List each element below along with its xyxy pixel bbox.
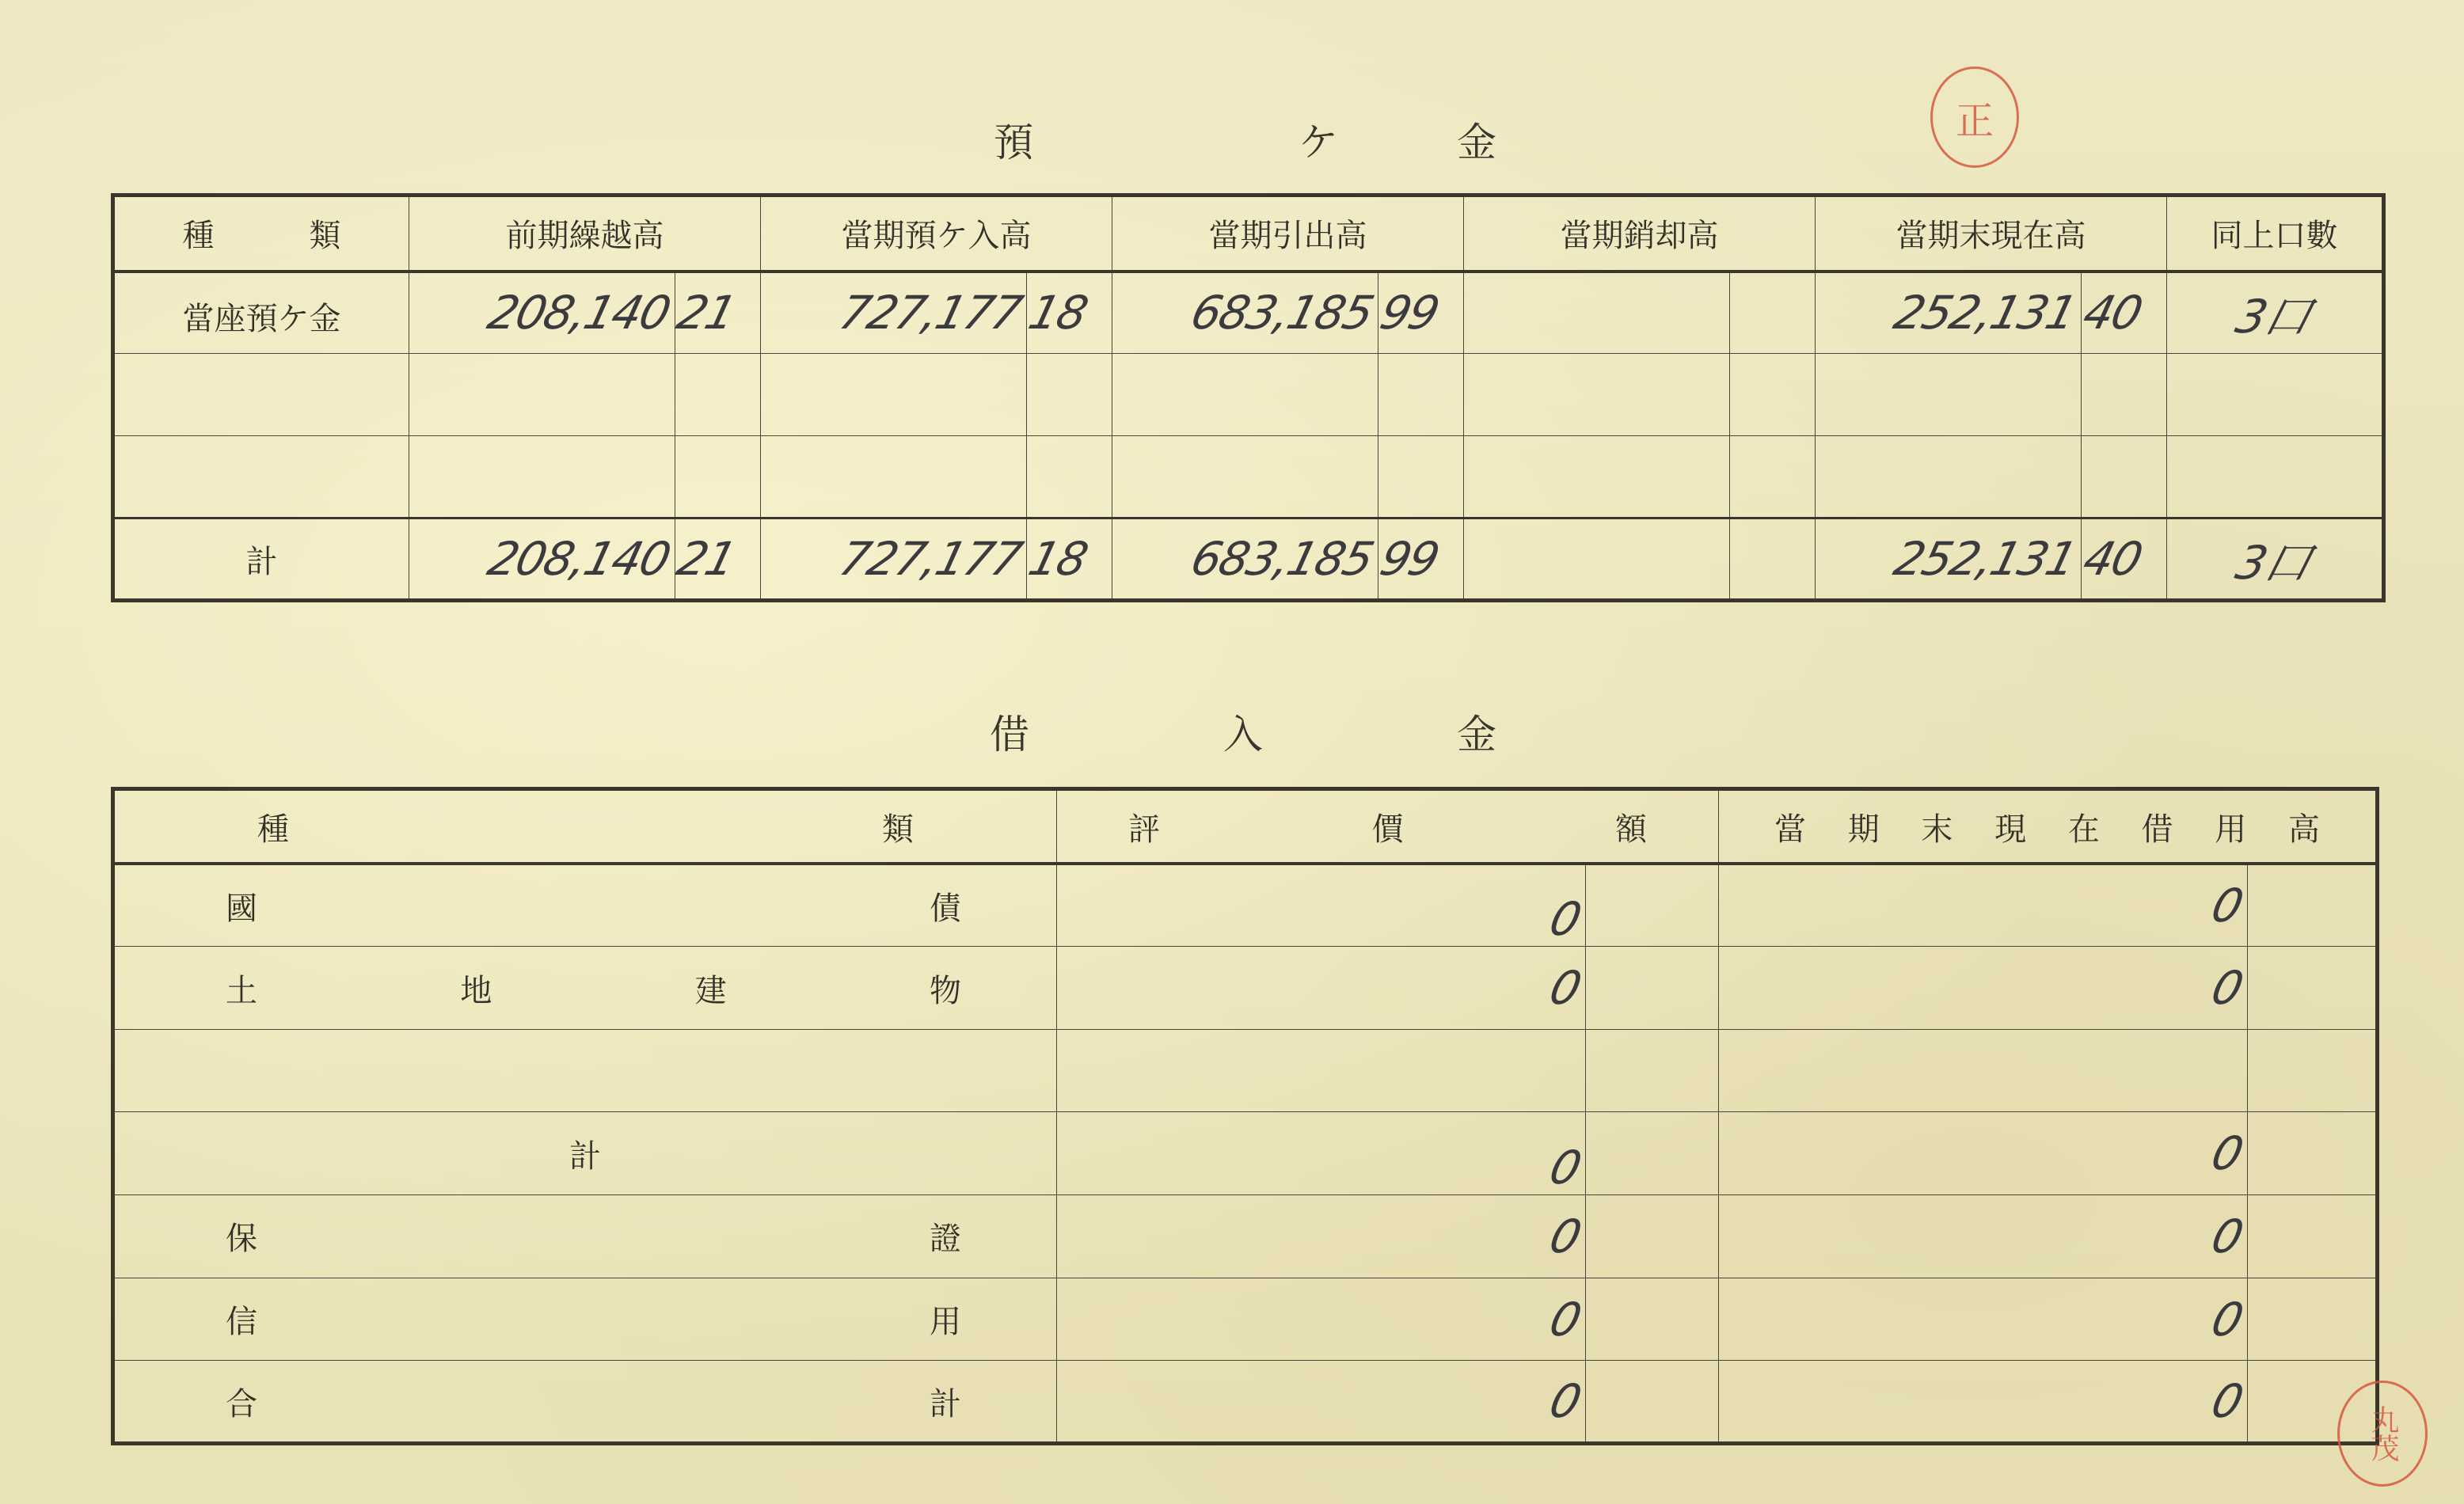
carried-forward-value: 208,140 [483,286,675,340]
table-row: 保 證 0 0 [113,1195,2378,1278]
label-char: 合 [226,1379,257,1424]
title-char: 金 [1457,703,1496,760]
table-row: 信 用 0 0 [113,1278,2378,1361]
table-row: 土 地 建 物 0 0 [113,947,2378,1030]
balance-value: 0 [2207,1293,2248,1346]
label-char: 土 [226,966,257,1011]
seal-stamp-top-right: 正 [1930,66,2019,168]
total-label: 計 [113,518,409,601]
deposits-total-row: 計 208,140 21 727,177 18 683,185 99 252,1… [113,518,2384,601]
header-written-off: 當期銷却高 [1464,196,1816,272]
title-char: 借 [990,703,1029,760]
deposits-header-row: 種 類 前期繰越高 當期預ケ入高 當期引出高 當期銷却高 當期末現在高 同上口數 [113,196,2384,272]
header-balance: 當期末現在高 [1816,196,2167,272]
header-withdrawn: 當期引出高 [1112,196,1464,272]
empty-cell [113,354,409,436]
header-char: 評 [1128,804,1160,849]
row-label-guarantee: 保 證 [113,1195,1057,1278]
withdrawn-value: 683,185 [1186,286,1378,340]
borrowings-table: 種 類 評 價 額 當 期 末 現 在 借 用 高 [111,787,2379,1445]
label-char: 地 [460,966,492,1011]
balance-value: 0 [2207,1210,2248,1263]
header-type: 種 類 [113,789,1057,864]
title-char: ケ [1299,111,1338,168]
seal-text: 正 [1956,90,1994,145]
header-char: 類 [882,804,914,849]
deposits-title: 預 ケ 金 [0,111,2464,158]
row-label-national-bonds: 國 債 [113,864,1057,947]
header-deposited: 當期預ケ入高 [761,196,1112,272]
valuation-value: 0 [1545,892,1586,946]
accounts-count: 3口 [2230,279,2319,346]
total-deposited: 727,177 [835,532,1027,586]
total-accounts: 3口 [2230,526,2319,592]
balance-sen: 40 [2078,286,2147,340]
carried-forward-sen: 21 [672,286,741,340]
table-row: 合 計 0 0 [113,1361,2378,1444]
row-label-subtotal: 計 [113,1112,1057,1195]
label-char: 證 [930,1213,961,1259]
label-char: 債 [930,883,961,929]
deposited-value: 727,177 [835,286,1027,340]
header-accounts: 同上口數 [2167,196,2384,272]
label-char: 物 [930,966,961,1011]
header-char: 借 [2142,804,2173,849]
balance-value: 252,131 [1889,286,2082,340]
valuation-value: 0 [1545,961,1586,1015]
valuation-value: 0 [1545,1374,1586,1428]
borrowings-header-row: 種 類 評 價 額 當 期 末 現 在 借 用 高 [113,789,2378,864]
label-char: 用 [930,1297,961,1342]
seal-text: 丸茂 [2368,1405,2397,1462]
label-char: 信 [226,1297,257,1342]
table-row: 當座預ケ金 208,140 21 727,177 18 683,185 99 2… [113,272,2384,354]
table-row [113,1029,2378,1112]
balance-value: 0 [2207,879,2248,932]
label-char: 計 [930,1379,961,1424]
header-char: 種 [257,804,289,849]
title-char: 入 [1223,703,1263,760]
header-char: 在 [2068,804,2100,849]
table-row [113,354,2384,436]
label-char: 建 [695,966,727,1011]
row-label-grand-total: 合 計 [113,1361,1057,1444]
total-deposited-sen: 18 [1024,532,1093,586]
header-type: 種 類 [113,196,409,272]
table-row: 計 0 0 [113,1112,2378,1195]
deposits-table: 種 類 前期繰越高 當期預ケ入高 當期引出高 當期銷却高 當期末現在高 同上口數… [111,193,2386,602]
valuation-value: 0 [1545,1210,1586,1263]
total-balance-sen: 40 [2078,532,2147,586]
withdrawn-sen: 99 [1375,286,1444,340]
header-char: 額 [1615,804,1647,849]
empty-cell [113,1029,1057,1112]
header-carried-forward: 前期繰越高 [409,196,761,272]
row-label-credit: 信 用 [113,1278,1057,1361]
header-char: 現 [1994,804,2026,849]
balance-value: 0 [2207,1374,2248,1428]
valuation-value: 0 [1545,1293,1586,1346]
header-valuation: 評 價 額 [1057,789,1719,864]
header-char: 用 [2215,804,2246,849]
label-char: 保 [226,1213,257,1259]
seal-stamp-bottom-right: 丸茂 [2337,1381,2428,1487]
header-char: 高 [2288,804,2320,849]
header-char: 當 [1774,804,1806,849]
title-char: 金 [1457,111,1496,168]
header-balance: 當 期 末 現 在 借 用 高 [1719,789,2378,864]
total-carried-forward: 208,140 [483,532,675,586]
total-withdrawn-sen: 99 [1375,532,1444,586]
balance-value: 0 [2207,1126,2248,1180]
total-carried-forward-sen: 21 [672,532,741,586]
borrowings-title: 借 入 金 [0,703,2464,750]
row-label-land-buildings: 土 地 建 物 [113,947,1057,1030]
table-row [113,436,2384,518]
title-char: 預 [994,111,1033,168]
table-row: 國 債 0 0 [113,864,2378,947]
valuation-value: 0 [1545,1141,1586,1194]
total-withdrawn: 683,185 [1186,532,1378,586]
header-char: 末 [1921,804,1953,849]
balance-value: 0 [2207,961,2248,1015]
row-type: 當座預ケ金 [113,272,409,354]
label-char: 國 [226,883,257,929]
header-char: 價 [1372,804,1404,849]
total-balance: 252,131 [1889,532,2082,586]
deposited-sen: 18 [1024,286,1093,340]
empty-cell [113,436,409,518]
header-char: 期 [1848,804,1880,849]
